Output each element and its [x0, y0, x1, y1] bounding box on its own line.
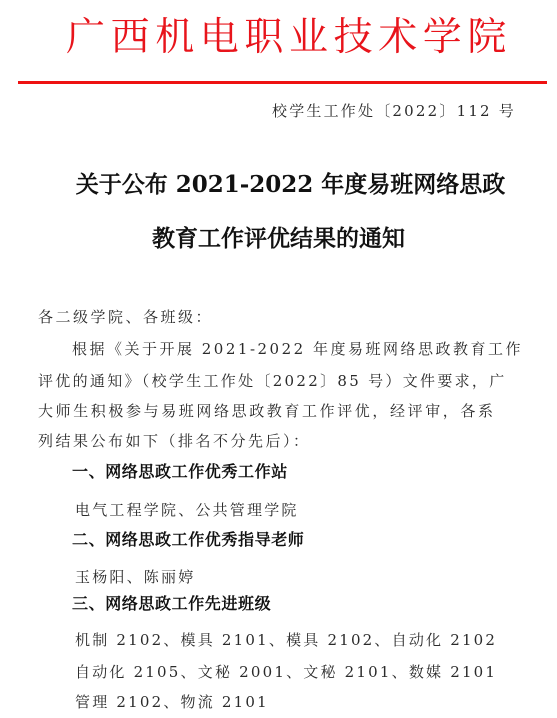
- section-heading-excellent-workstation: 一、网络思政工作优秀工作站: [72, 461, 288, 483]
- section-item-line: 机制 2102、模具 2101、模具 2102、自动化 2102: [75, 629, 497, 651]
- salutation: 各二级学院、各班级：: [38, 306, 213, 328]
- document-number: 校学生工作处〔2022〕112 号: [272, 100, 516, 122]
- paragraph-line: 根据《关于开展 2021-2022 年度易班网络思政教育工作: [72, 338, 523, 360]
- notice-title-line-1: 关于公布 2021-2022 年度易班网络思政: [12, 170, 557, 200]
- section-heading-excellent-advisor: 二、网络思政工作优秀指导老师: [72, 529, 304, 551]
- section-item-line: 管理 2102、物流 2101: [75, 691, 269, 713]
- section-item-line: 玉杨阳、陈丽婷: [75, 566, 195, 588]
- paragraph-line: 评优的通知》（校学生工作处〔2022〕85 号）文件要求，广: [38, 370, 507, 392]
- paragraph-line: 大师生积极参与易班网络思政教育工作评优，经评审，各系: [38, 400, 496, 422]
- paragraph-line: 列结果公布如下（排名不分先后）：: [38, 430, 311, 452]
- section-heading-advanced-class: 三、网络思政工作先进班级: [72, 593, 271, 615]
- notice-title-line-2: 教育工作评优结果的通知: [0, 224, 557, 254]
- letterhead-red-rule: [18, 81, 547, 84]
- section-item-line: 电气工程学院、公共管理学院: [75, 499, 299, 521]
- section-item-line: 自动化 2105、文秘 2001、文秘 2101、数媒 2101: [75, 661, 497, 683]
- organization-letterhead: 广西机电职业技术学院: [66, 14, 512, 62]
